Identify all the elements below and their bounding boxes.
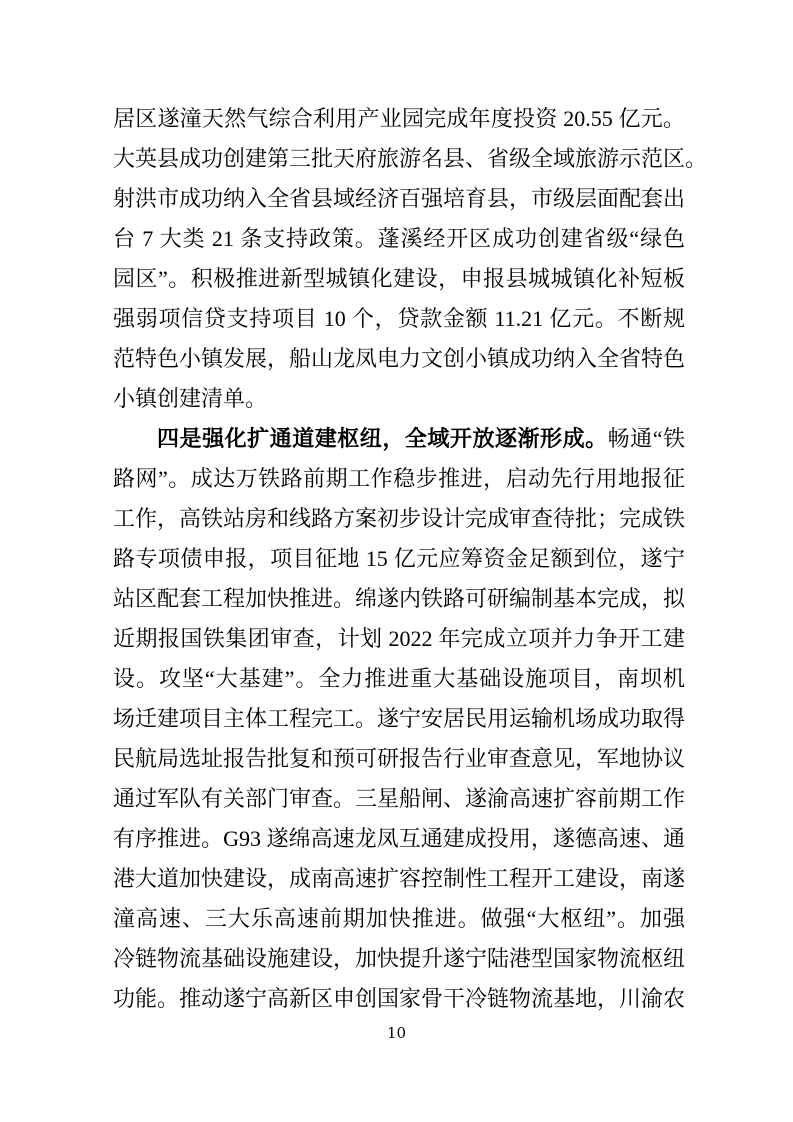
body-text: 通过军队有关部门审查。三星船闸、遂渝高速扩容前期工作 <box>113 786 685 811</box>
text-line: 站区配套工程加快推进。绵遂内铁路可研编制基本完成，拟 <box>113 579 685 619</box>
body-text: 站区配套工程加快推进。绵遂内铁路可研编制基本完成，拟 <box>113 586 685 611</box>
body-text: 居区遂潼天然气综合利用产业园完成年度投资 20.55 亿元。 <box>113 106 685 131</box>
text-line: 小镇创建清单。 <box>113 379 685 419</box>
text-line: 射洪市成功纳入全省县域经济百强培育县，市级层面配套出 <box>113 179 685 219</box>
body-text: 工作，高铁站房和线路方案初步设计完成审查待批；完成铁 <box>113 506 685 531</box>
body-text: 功能。推动遂宁高新区申创国家骨干冷链物流基地，川渝农 <box>113 986 685 1011</box>
text-line: 台 7 大类 21 条支持政策。蓬溪经开区成功创建省级“绿色 <box>113 219 685 259</box>
text-line: 大英县成功创建第三批天府旅游名县、省级全域旅游示范区。 <box>113 139 685 179</box>
section-heading-text: 四是强化扩通道建枢纽，全域开放逐渐形成。 <box>157 426 608 451</box>
text-body: 居区遂潼天然气综合利用产业园完成年度投资 20.55 亿元。大英县成功创建第三批… <box>113 99 685 1019</box>
text-line: 近期报国铁集团审查，计划 2022 年完成立项并力争开工建 <box>113 619 685 659</box>
text-line: 通过军队有关部门审查。三星船闸、遂渝高速扩容前期工作 <box>113 779 685 819</box>
body-text: 园区”。积极推进新型城镇化建设，申报县城城镇化补短板 <box>113 266 685 291</box>
body-text: 小镇创建清单。 <box>113 386 267 411</box>
document-page: 居区遂潼天然气综合利用产业园完成年度投资 20.55 亿元。大英县成功创建第三批… <box>0 0 793 1122</box>
text-line: 民航局选址报告批复和预可研报告行业审查意见，军地协议 <box>113 739 685 779</box>
text-line: 路专项债申报，项目征地 15 亿元应筹资金足额到位，遂宁 <box>113 539 685 579</box>
body-text: 范特色小镇发展，船山龙凤电力文创小镇成功纳入全省特色 <box>113 346 685 371</box>
text-line: 设。攻坚“大基建”。全力推进重大基础设施项目，南坝机 <box>113 659 685 699</box>
text-line: 四是强化扩通道建枢纽，全域开放逐渐形成。畅通“铁 <box>113 419 685 459</box>
text-line: 工作，高铁站房和线路方案初步设计完成审查待批；完成铁 <box>113 499 685 539</box>
body-text: 港大道加快建设，成南高速扩容控制性工程开工建设，南遂 <box>113 866 685 891</box>
body-text: 台 7 大类 21 条支持政策。蓬溪经开区成功创建省级“绿色 <box>113 226 685 251</box>
body-text: 民航局选址报告批复和预可研报告行业审查意见，军地协议 <box>113 746 685 771</box>
text-line: 路网”。成达万铁路前期工作稳步推进，启动先行用地报征 <box>113 459 685 499</box>
body-text: 近期报国铁集团审查，计划 2022 年完成立项并力争开工建 <box>113 626 685 651</box>
body-text: 设。攻坚“大基建”。全力推进重大基础设施项目，南坝机 <box>113 666 685 691</box>
text-line: 潼高速、三大乐高速前期加快推进。做强“大枢纽”。加强 <box>113 899 685 939</box>
body-text: 强弱项信贷支持项目 10 个，贷款金额 11.21 亿元。不断规 <box>113 306 685 331</box>
body-text: 路网”。成达万铁路前期工作稳步推进，启动先行用地报征 <box>113 466 685 491</box>
body-text: 大英县成功创建第三批天府旅游名县、省级全域旅游示范区。 <box>113 146 707 171</box>
text-line: 功能。推动遂宁高新区申创国家骨干冷链物流基地，川渝农 <box>113 979 685 1019</box>
body-text: 畅通“铁 <box>608 426 685 451</box>
body-text: 潼高速、三大乐高速前期加快推进。做强“大枢纽”。加强 <box>113 906 685 931</box>
text-line: 强弱项信贷支持项目 10 个，贷款金额 11.21 亿元。不断规 <box>113 299 685 339</box>
text-line: 场迁建项目主体工程完工。遂宁安居民用运输机场成功取得 <box>113 699 685 739</box>
text-line: 范特色小镇发展，船山龙凤电力文创小镇成功纳入全省特色 <box>113 339 685 379</box>
body-text: 冷链物流基础设施建设，加快提升遂宁陆港型国家物流枢纽 <box>113 946 685 971</box>
text-line: 园区”。积极推进新型城镇化建设，申报县城城镇化补短板 <box>113 259 685 299</box>
text-line: 港大道加快建设，成南高速扩容控制性工程开工建设，南遂 <box>113 859 685 899</box>
text-line: 居区遂潼天然气综合利用产业园完成年度投资 20.55 亿元。 <box>113 99 685 139</box>
body-text: 路专项债申报，项目征地 15 亿元应筹资金足额到位，遂宁 <box>113 546 685 571</box>
body-text: 射洪市成功纳入全省县域经济百强培育县，市级层面配套出 <box>113 186 685 211</box>
body-text: 有序推进。G93 遂绵高速龙凤互通建成投用，遂德高速、通 <box>113 826 685 851</box>
text-line: 冷链物流基础设施建设，加快提升遂宁陆港型国家物流枢纽 <box>113 939 685 979</box>
body-text: 场迁建项目主体工程完工。遂宁安居民用运输机场成功取得 <box>113 706 685 731</box>
page-number: 10 <box>0 1024 793 1042</box>
text-line: 有序推进。G93 遂绵高速龙凤互通建成投用，遂德高速、通 <box>113 819 685 859</box>
